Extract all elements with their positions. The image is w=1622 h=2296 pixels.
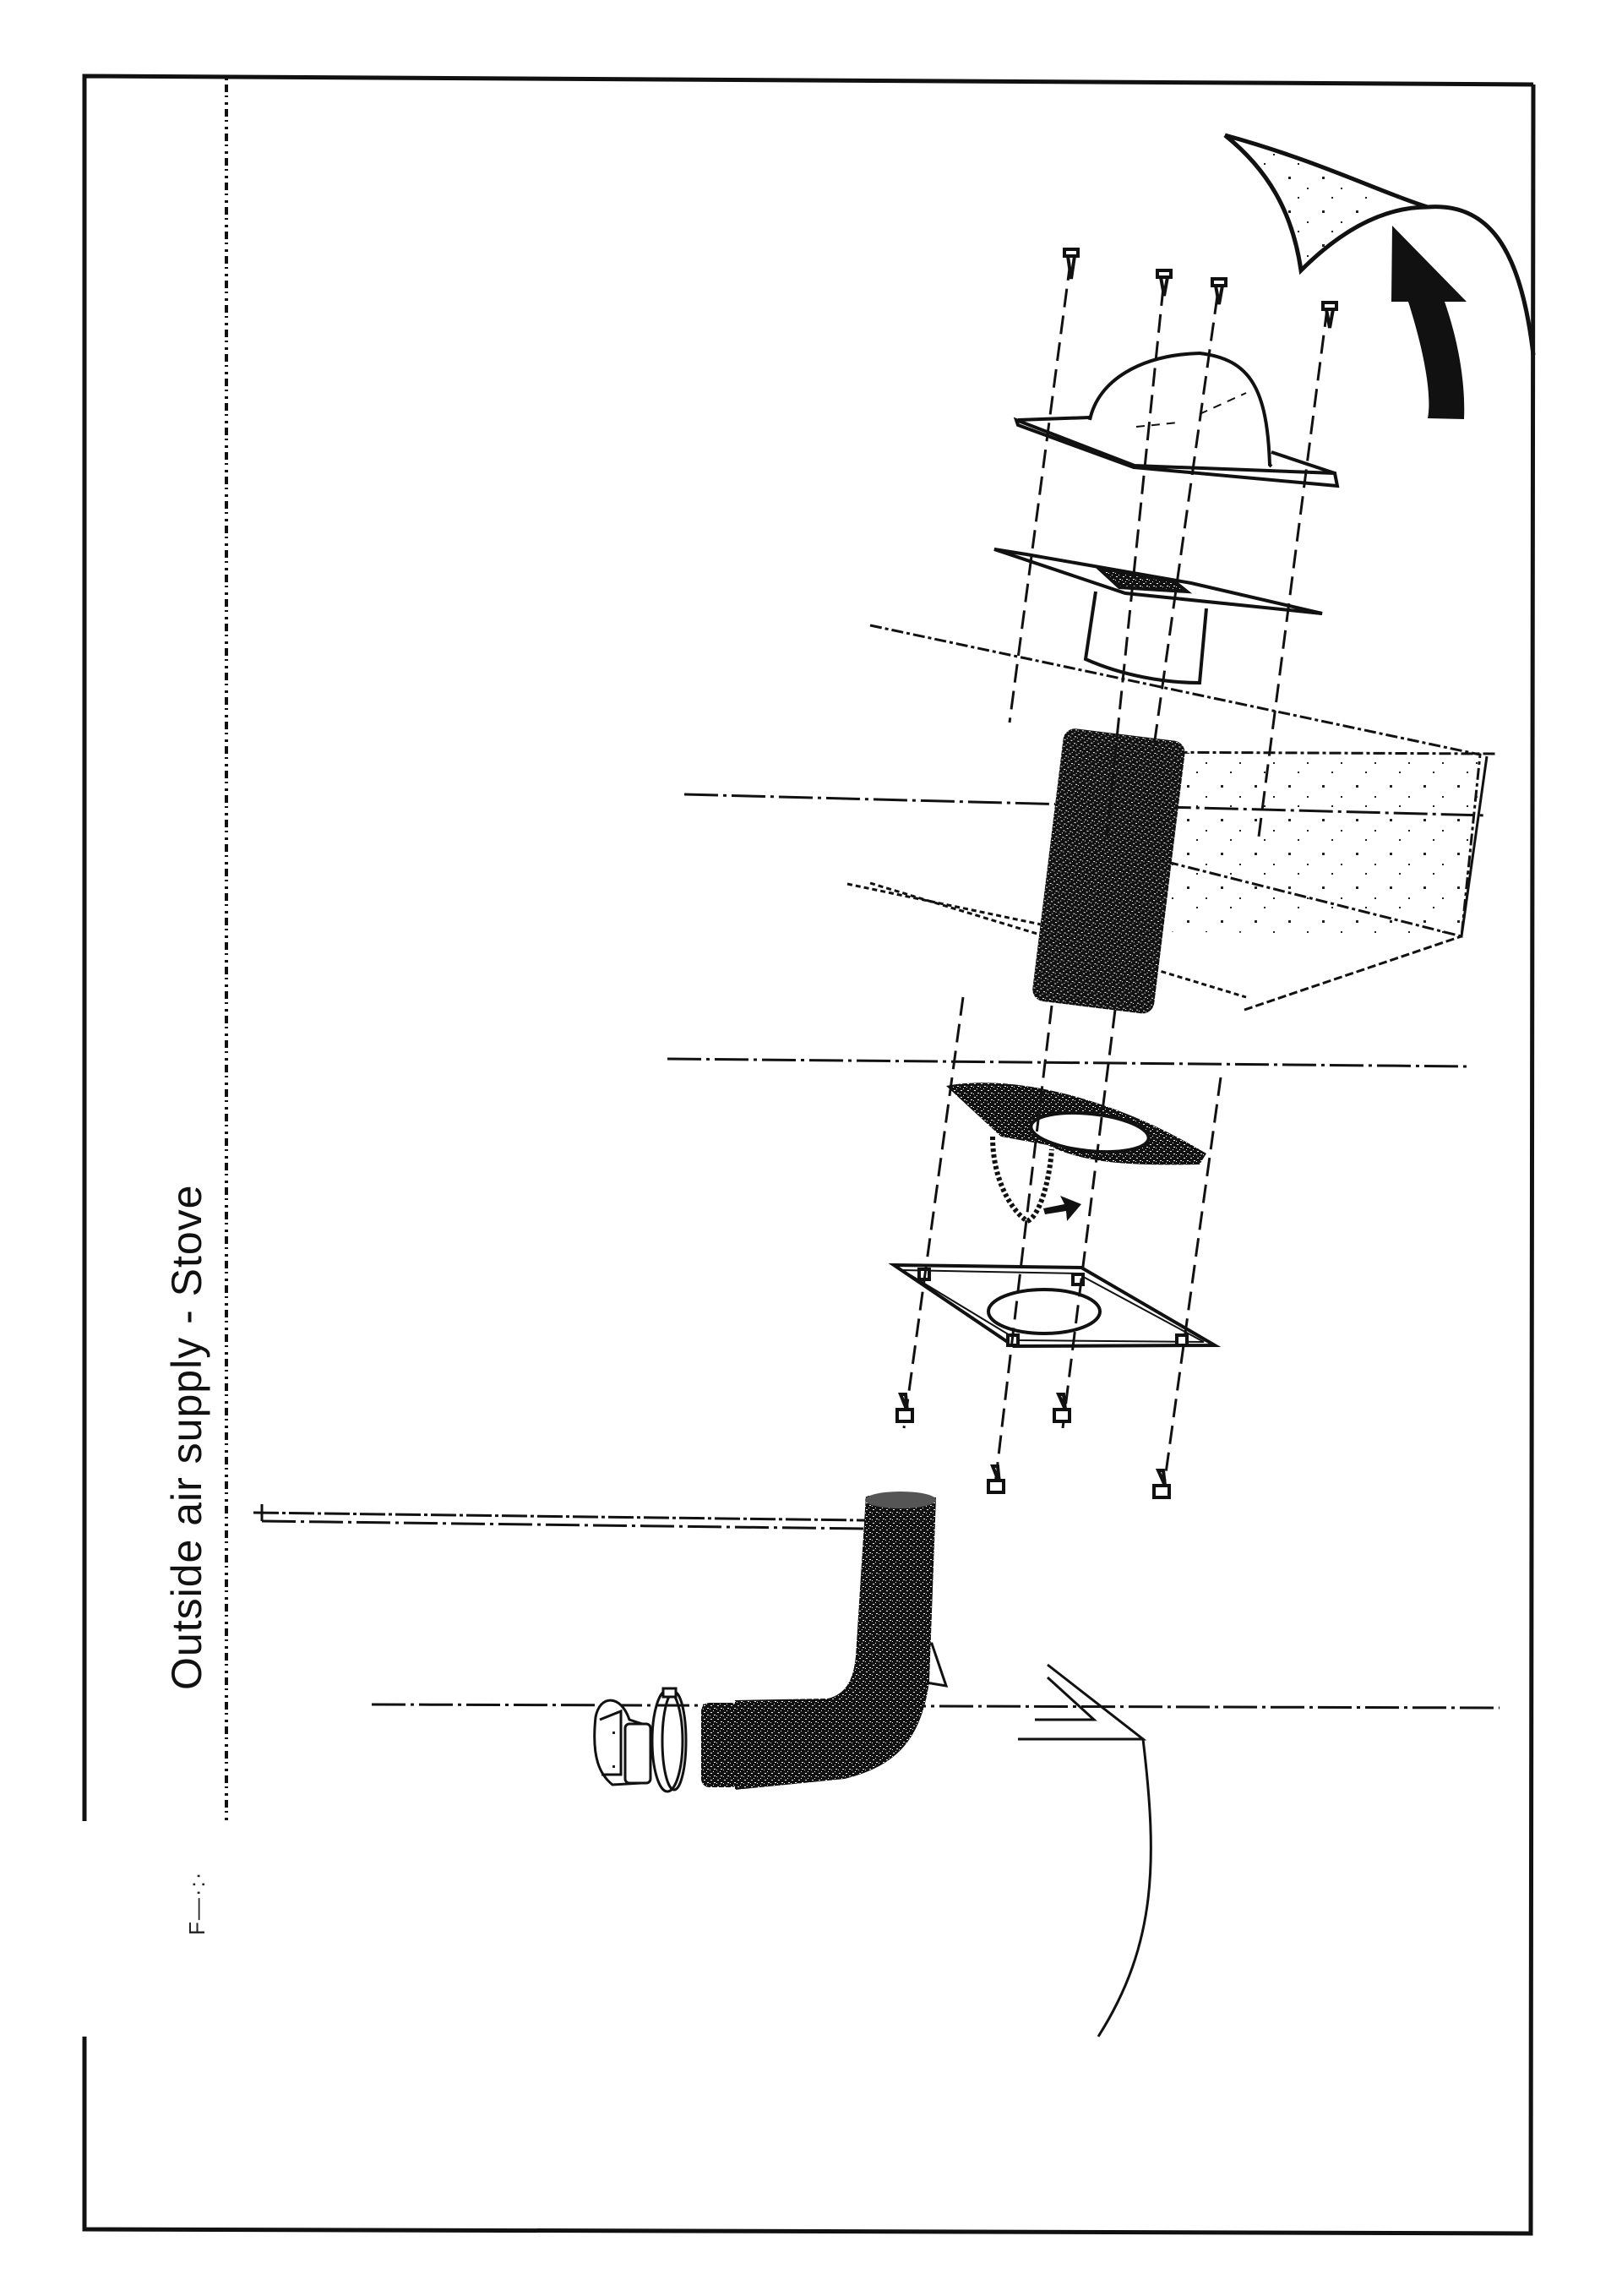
- gasket-icon: [946, 1083, 1206, 1221]
- elbow-icon: [701, 1492, 936, 1790]
- insert-arrow-icon: [1043, 1196, 1081, 1221]
- screw-icon: [897, 1394, 912, 1421]
- inner-plate-icon: [894, 1265, 1215, 1346]
- clamp-icon: [652, 1688, 686, 1792]
- screw-icon: [988, 1466, 1004, 1492]
- assembly-diagram: [0, 0, 1622, 2296]
- scanned-page: Outside air supply - Stove F—·:·: [0, 0, 1622, 2296]
- dome-cap-icon: [1016, 353, 1337, 486]
- connector-icon: [595, 1700, 650, 1785]
- screw-icon: [1157, 270, 1171, 296]
- screw-icon: [1064, 249, 1078, 279]
- page-mark: F—·:·: [184, 1871, 210, 1935]
- page-title: Outside air supply - Stove: [166, 1185, 208, 1691]
- screw-icon: [1154, 1470, 1169, 1497]
- rotate-arrow-icon: [1391, 226, 1467, 419]
- page-curl-icon: [1225, 135, 1533, 355]
- screw-icon: [1212, 279, 1226, 304]
